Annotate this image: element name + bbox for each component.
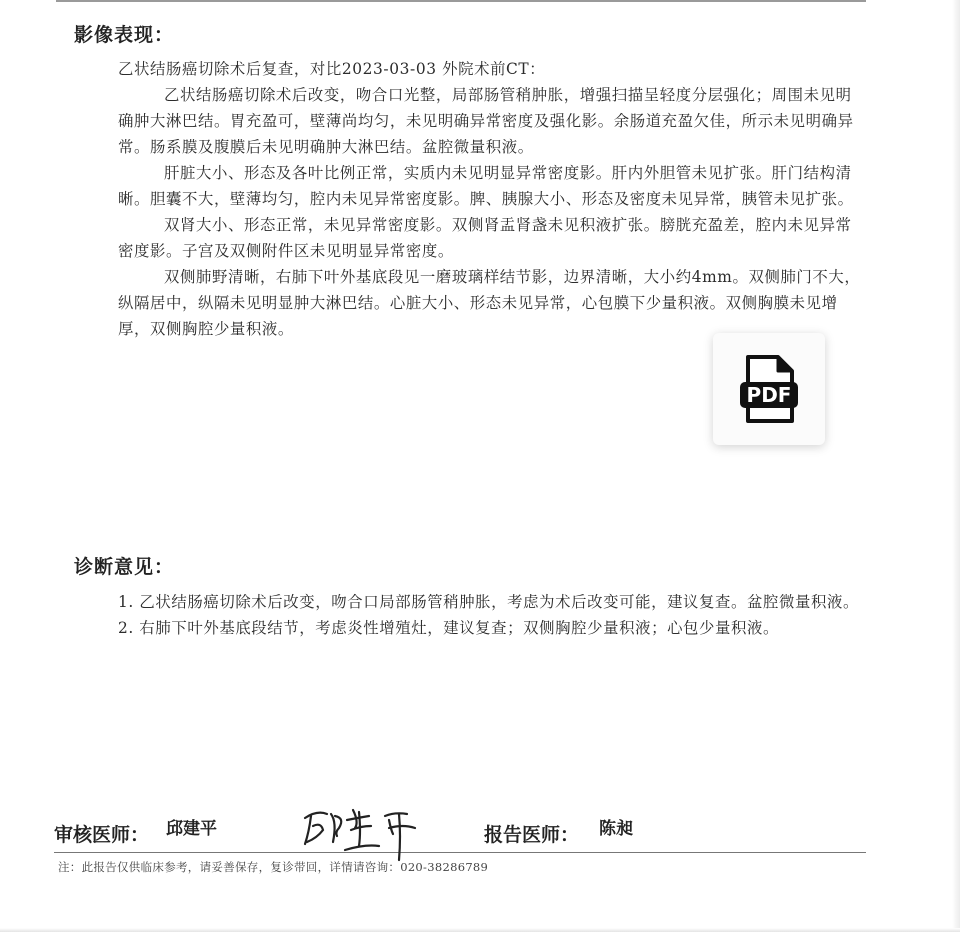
diagnosis-body: 1. 乙状结肠癌切除术后改变，吻合口局部肠管稍肿胀，考虑为术后改变可能，建议复查… — [118, 589, 866, 641]
reviewer-label: 审核医师： — [54, 820, 149, 847]
pdf-file-icon: PDF — [738, 354, 800, 424]
pdf-file-popup[interactable]: PDF — [713, 333, 825, 445]
findings-paragraph-kidney: 双肾大小、形态正常，未见异常密度影。双侧肾盂肾盏未见积液扩张。膀胱充盈差，腔内未… — [118, 212, 866, 264]
diagnosis-heading: 诊断意见： — [74, 552, 174, 579]
diagnosis-item-2: 2. 右肺下叶外基底段结节，考虑炎性增殖灶，建议复查；双侧胸腔少量积液；心包少量… — [118, 615, 866, 641]
svg-text:PDF: PDF — [747, 383, 792, 407]
reviewer-signature — [299, 802, 429, 862]
reporter-name: 陈昶 — [599, 814, 633, 839]
diagnosis-item-1: 1. 乙状结肠癌切除术后改变，吻合口局部肠管稍肿胀，考虑为术后改变可能，建议复查… — [118, 589, 866, 615]
top-divider — [56, 0, 866, 2]
findings-paragraph-colon: 乙状结肠癌切除术后改变，吻合口光整，局部肠管稍肿胀，增强扫描呈轻度分层强化；周围… — [118, 82, 866, 160]
page-edge-right — [952, 0, 960, 932]
page-edge-bottom — [0, 928, 960, 932]
findings-paragraph-lung: 双侧肺野清晰，右肺下叶外基底段见一磨玻璃样结节影，边界清晰，大小约4mm。双侧肺… — [118, 264, 866, 342]
reporter-label: 报告医师： — [484, 820, 579, 847]
findings-intro: 乙状结肠癌切除术后复查，对比2023-03-03 外院术前CT： — [118, 56, 866, 82]
signature-row: 审核医师： 邱建平 报告医师： 陈昶 — [54, 808, 866, 853]
findings-heading: 影像表现： — [74, 20, 174, 47]
findings-paragraph-liver: 肝脏大小、形态及各叶比例正常，实质内未见明显异常密度影。肝内外胆管未见扩张。肝门… — [118, 160, 866, 212]
findings-body: 乙状结肠癌切除术后复查，对比2023-03-03 外院术前CT： 乙状结肠癌切除… — [118, 56, 866, 342]
reviewer-name: 邱建平 — [166, 814, 217, 839]
footer-note: 注：此报告仅供临床参考，请妥善保存，复诊带回，详情请咨询：020-3828678… — [58, 859, 488, 875]
